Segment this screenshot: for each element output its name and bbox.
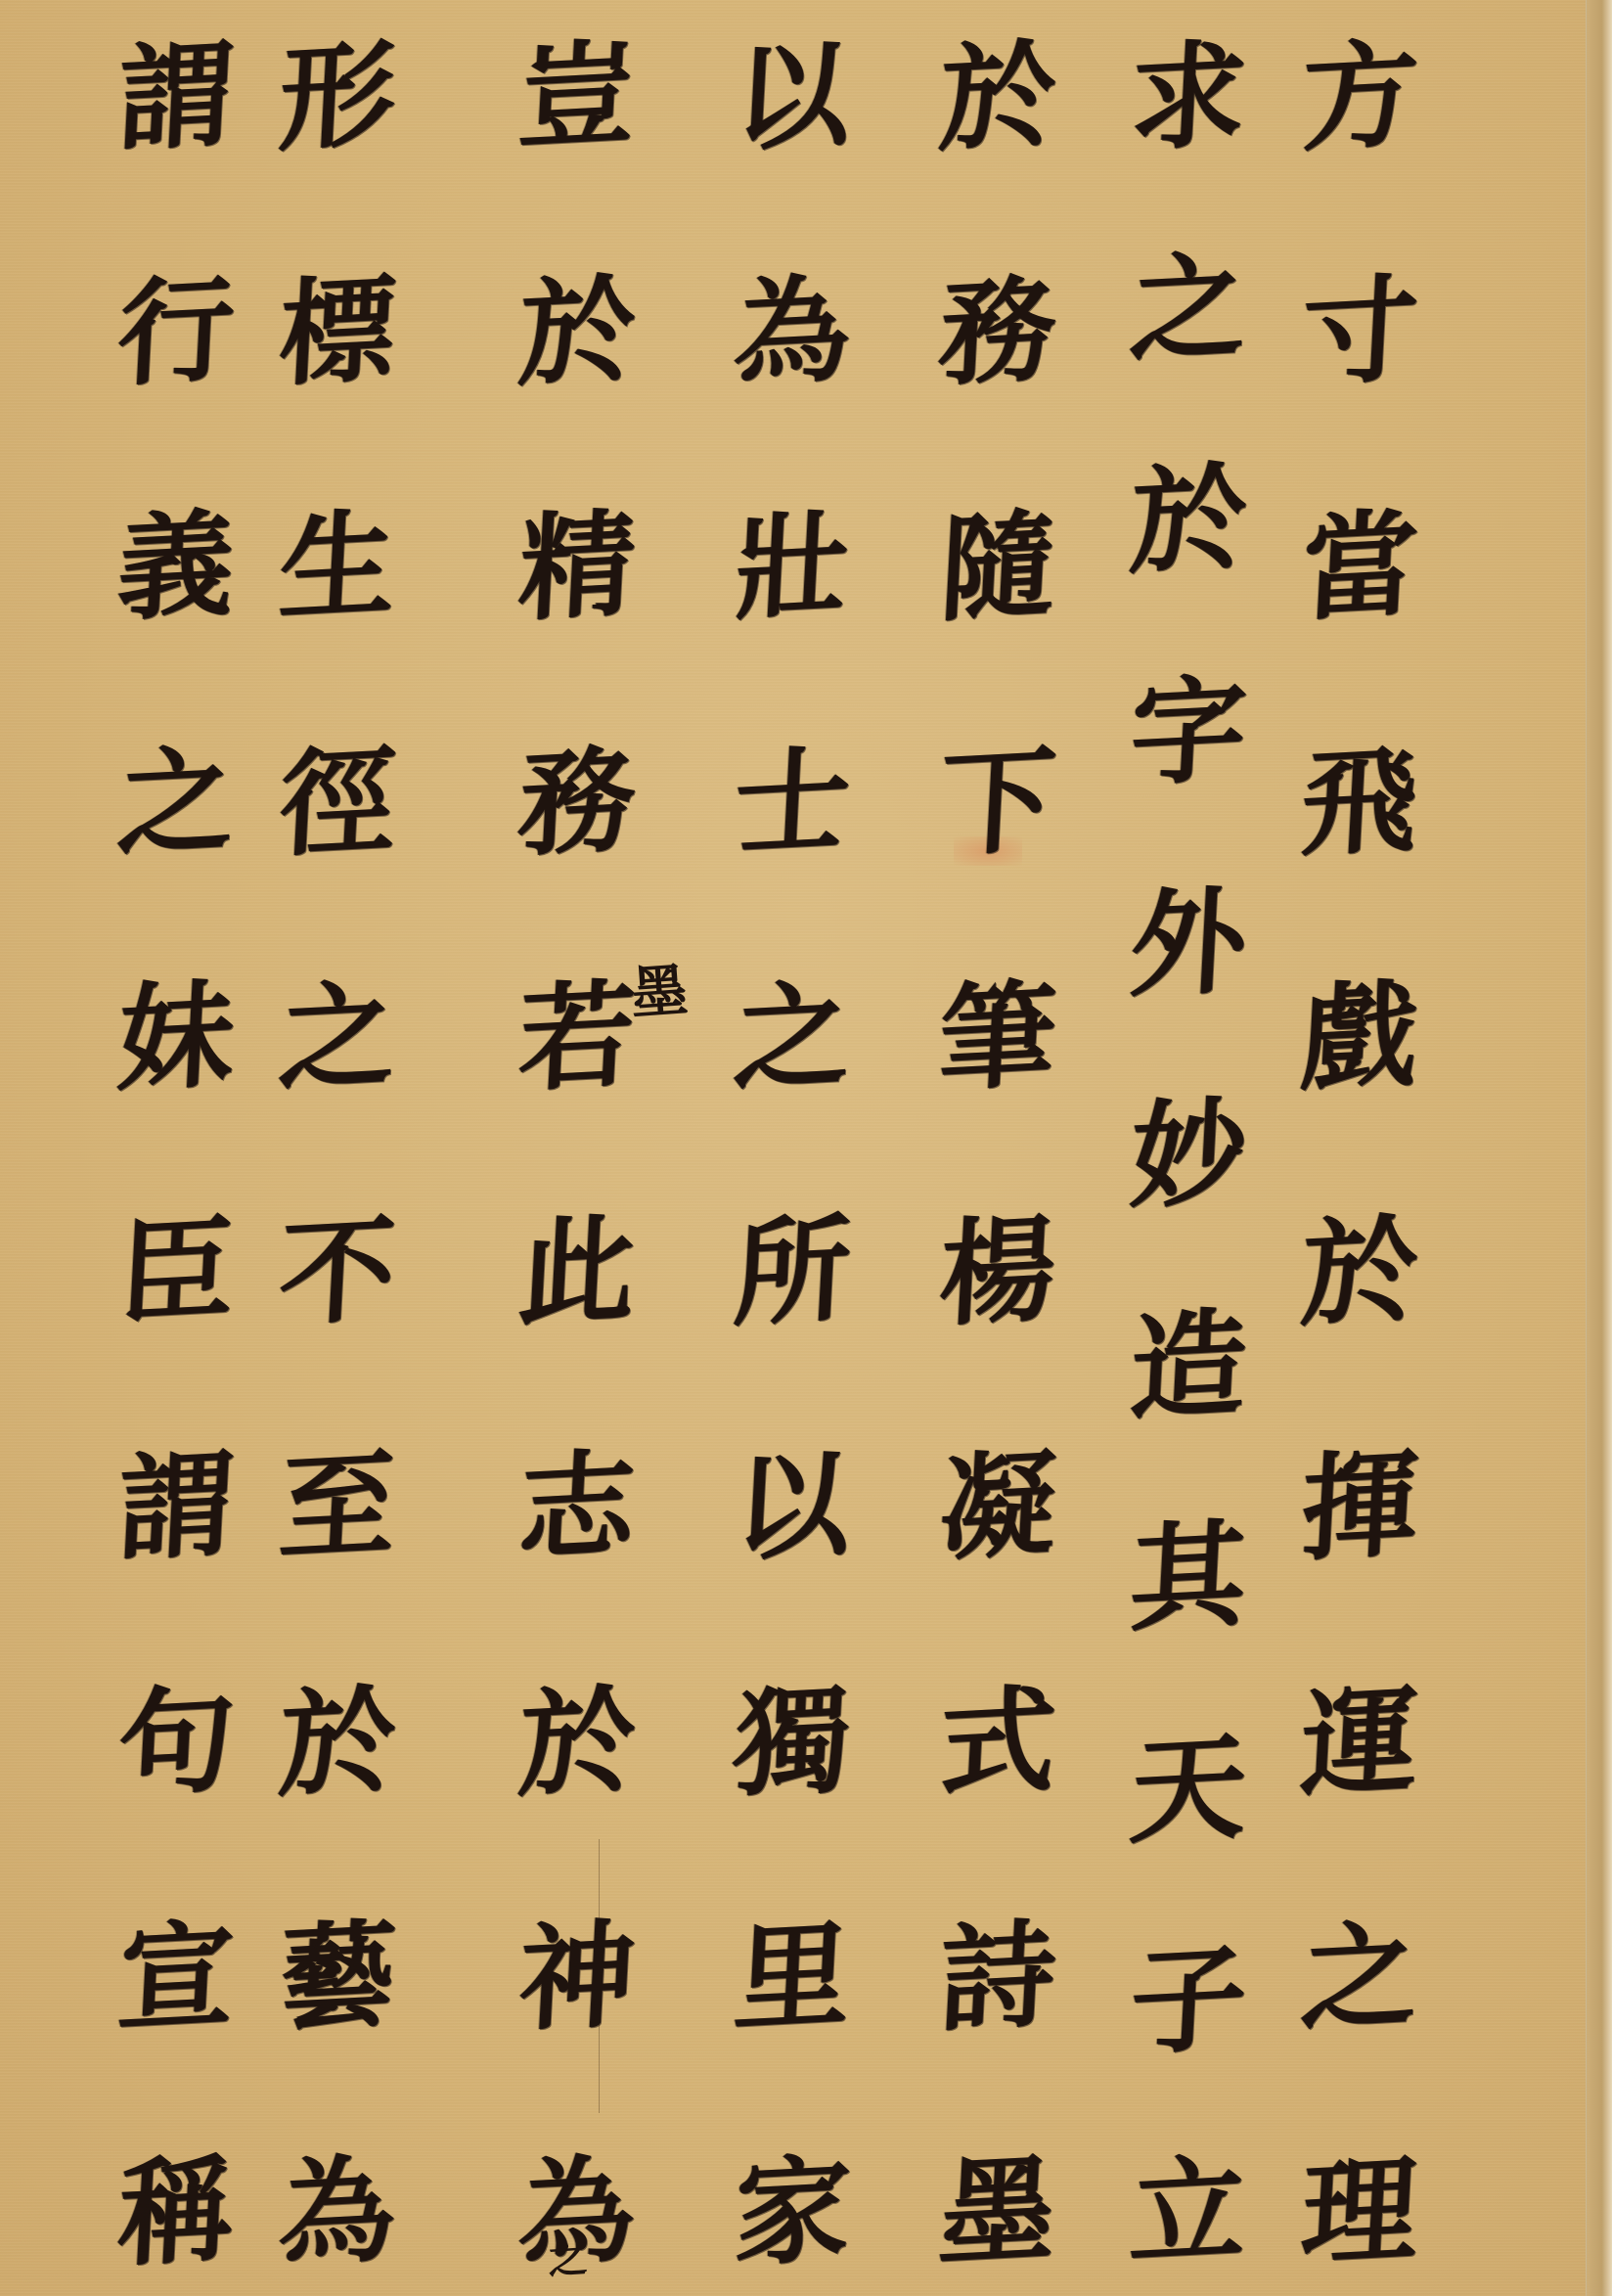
calligraphy-character: 理 (1299, 2151, 1421, 2273)
calligraphy-character: 下 (937, 742, 1059, 863)
calligraphy-character: 精 (516, 506, 639, 627)
calligraphy-character: 壯 (732, 506, 854, 627)
calligraphy-character: 其 (1128, 1516, 1250, 1638)
calligraphy-character: 詩 (937, 1916, 1059, 2038)
calligraphy-character: 務 (937, 271, 1059, 392)
calligraphy-character: 於 (277, 1682, 399, 1803)
calligraphy-character: 隨 (937, 506, 1059, 627)
calligraphy-character: 立 (1128, 2151, 1250, 2273)
calligraphy-character: 飛 (1299, 742, 1421, 863)
calligraphy-character: 凝 (937, 1446, 1059, 1567)
calligraphy-character: 謂 (115, 1446, 238, 1567)
calligraphy-character: 之 (277, 976, 399, 1098)
text-column-1: 方寸當飛戲於揮運之理 (1286, 39, 1433, 2270)
calligraphy-character: 之 (1128, 248, 1250, 369)
calligraphy-page: 方寸當飛戲於揮運之理求之於字外妙造其天子立於務隨下筆楊凝式詩墨以為壯士之所以獨里… (0, 0, 1612, 2296)
calligraphy-character: 若 (516, 976, 639, 1098)
calligraphy-character: 至 (277, 1446, 399, 1567)
calligraphy-character: 藝 (277, 1916, 399, 2038)
calligraphy-character: 句 (115, 1682, 238, 1803)
text-column-7: 謂行義之妹臣謂句宣稱 (103, 39, 249, 2270)
calligraphy-character: 臣 (115, 1211, 238, 1332)
calligraphy-character: 之 (115, 742, 238, 863)
calligraphy-character: 不 (277, 1211, 399, 1332)
calligraphy-character: 里 (732, 1916, 854, 2038)
calligraphy-character: 以 (732, 1446, 854, 1567)
calligraphy-character: 當 (1299, 506, 1421, 627)
calligraphy-character: 務 (516, 742, 639, 863)
calligraphy-character: 為 (277, 2151, 399, 2273)
calligraphy-character: 神 (516, 1916, 639, 2038)
calligraphy-character: 所 (732, 1211, 854, 1332)
calligraphy-character: 為 (732, 271, 854, 392)
calligraphy-character: 以 (732, 36, 854, 158)
calligraphy-character: 稱 (115, 2151, 238, 2273)
calligraphy-character: 戲 (1299, 976, 1421, 1098)
calligraphy-character: 妙 (1128, 1094, 1250, 1215)
page-binding-edge (1586, 0, 1612, 2296)
calligraphy-character: 徑 (277, 742, 399, 863)
calligraphy-character: 字 (1128, 671, 1250, 792)
calligraphy-character: 家 (732, 2151, 854, 2273)
calligraphy-character: 於 (516, 271, 639, 392)
small-insertion-mark: 之 (547, 2239, 589, 2281)
text-column-2: 求之於字外妙造其天子立 (1115, 39, 1262, 2270)
calligraphy-character: 妹 (115, 976, 238, 1098)
calligraphy-character: 方 (1299, 36, 1421, 158)
calligraphy-character: 義 (115, 506, 238, 627)
interlinear-annotation: 墨 (629, 962, 690, 1022)
calligraphy-character: 寸 (1299, 271, 1421, 392)
calligraphy-character: 形 (277, 36, 399, 158)
text-column-3: 於務隨下筆楊凝式詩墨 (924, 39, 1071, 2270)
calligraphy-character: 外 (1128, 882, 1250, 1004)
calligraphy-character: 之 (732, 976, 854, 1098)
calligraphy-character: 子 (1128, 1940, 1250, 2061)
calligraphy-character: 行 (115, 271, 238, 392)
calligraphy-character: 於 (1299, 1211, 1421, 1332)
calligraphy-character: 墨 (937, 2151, 1059, 2273)
calligraphy-character: 求 (1128, 36, 1250, 158)
text-column-5: 豈於精務若此志於神為 (504, 39, 650, 2270)
calligraphy-character: 於 (937, 36, 1059, 158)
calligraphy-character: 謂 (115, 36, 238, 158)
calligraphy-character: 造 (1128, 1305, 1250, 1426)
text-column-4: 以為壯士之所以獨里家 (719, 39, 866, 2270)
calligraphy-character: 獨 (732, 1682, 854, 1803)
calligraphy-character: 楊 (937, 1211, 1059, 1332)
calligraphy-character: 豈 (516, 36, 639, 158)
calligraphy-character: 運 (1299, 1682, 1421, 1803)
calligraphy-character: 式 (937, 1682, 1059, 1803)
calligraphy-character: 之 (1299, 1916, 1421, 2038)
calligraphy-character: 宣 (115, 1916, 238, 2038)
text-column-6: 形標生徑之不至於藝為 (264, 39, 411, 2270)
calligraphy-character: 生 (277, 506, 399, 627)
calligraphy-character: 標 (277, 271, 399, 392)
calligraphy-character: 士 (732, 742, 854, 863)
calligraphy-character: 筆 (937, 976, 1059, 1098)
calligraphy-character: 天 (1128, 1728, 1250, 1849)
calligraphy-character: 於 (1128, 459, 1250, 580)
calligraphy-character: 於 (516, 1682, 639, 1803)
calligraphy-character: 揮 (1299, 1446, 1421, 1567)
calligraphy-character: 志 (516, 1446, 639, 1567)
calligraphy-character: 此 (516, 1211, 639, 1332)
